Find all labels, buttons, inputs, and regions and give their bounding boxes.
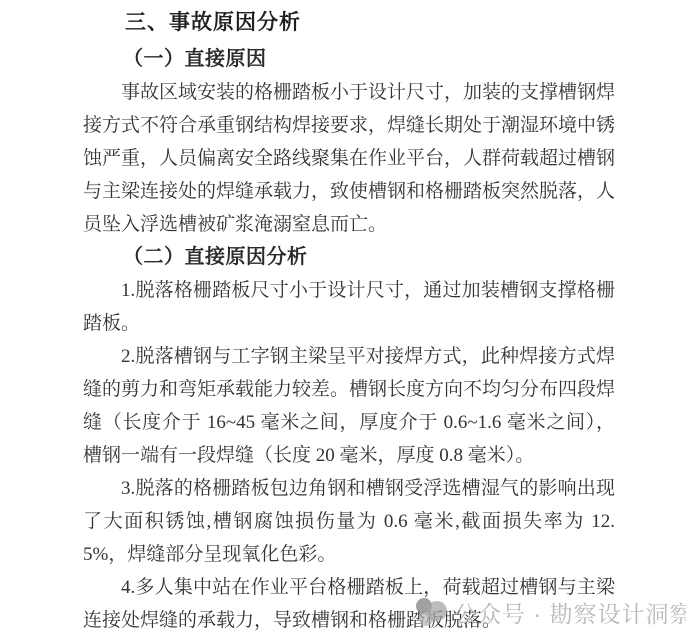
paragraph-direct-cause: 事故区域安装的格栅踏板小于设计尺寸，加装的支撑槽钢焊接方式不符合承重钢结构焊接要…	[83, 76, 615, 241]
paragraph-item-2: 2.脱落槽钢与工字钢主梁呈平对接焊方式，此种焊接方式焊缝的剪力和弯矩承载能力较差…	[83, 340, 615, 472]
subsection-heading-direct-cause-analysis: （二）直接原因分析	[83, 241, 615, 274]
section-heading: 三、事故原因分析	[83, 6, 615, 40]
paragraph-item-1: 1.脱落格栅踏板尺寸小于设计尺寸，通过加装槽钢支撑格栅踏板。	[83, 274, 615, 340]
subsection-heading-direct-cause: （一）直接原因	[83, 43, 615, 76]
document-page: 三、事故原因分析 （一）直接原因 事故区域安装的格栅踏板小于设计尺寸，加装的支撑…	[0, 0, 686, 644]
paragraph-item-4: 4.多人集中站在作业平台格栅踏板上，荷载超过槽钢与主梁连接处焊缝的承载力，导致槽…	[83, 571, 615, 637]
document-content: 三、事故原因分析 （一）直接原因 事故区域安装的格栅踏板小于设计尺寸，加装的支撑…	[83, 6, 615, 637]
paragraph-item-3: 3.脱落的格栅踏板包边角钢和槽钢受浮选槽湿气的影响出现了大面积锈蚀,槽钢腐蚀损伤…	[83, 472, 615, 571]
